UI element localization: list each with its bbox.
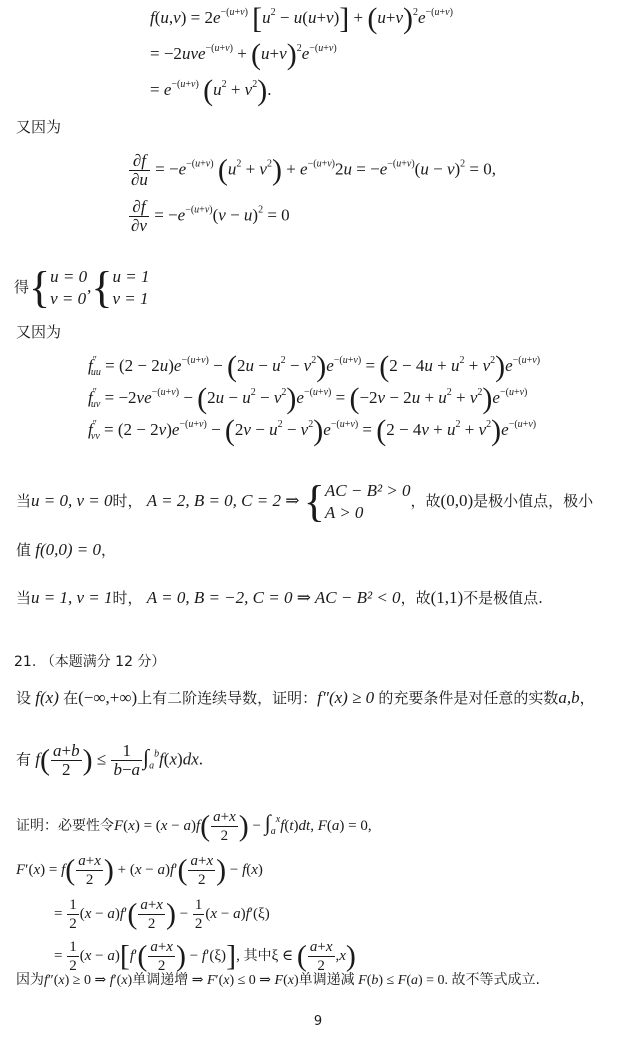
proof-conclusion: 因为f″(x) ≥ 0 ⇒ f′(x)单调递增 ⇒ F′(x) ≤ 0 ⇒ F(… [16,970,540,991]
proof-derivative-line-2: = 12(x − a)f′(a+x2) − 12(x − a)f′(ξ) [54,896,270,933]
because-label-2: 又因为 [16,322,61,342]
critical-points: 得{u = 0v = 0,{u = 1v = 1 [14,266,149,310]
second-derivative-uu: f″uu = (2 − 2u)e−(u+v) − (2u − u2 − v2)e… [88,356,540,376]
second-derivative-vv: f″vv = (2 − 2v)e−(u+v) − (2v − u2 − v2)e… [88,420,536,440]
page-number: 9 [0,1014,636,1029]
problem-21-statement-2: 有 f(a+b2) ≤ 1b−a∫abf(x)dx. [16,742,203,779]
f-expansion-line-3: = e−(u+v) (u2 + v2). [150,80,271,100]
case-1-line: 当u = 0, v = 0时， A = 2, B = 0, C = 2 ⇒ {A… [16,480,593,524]
f-expansion-line-1: f(u,v) = 2e−(u+v) [u2 − u(u+v)] + (u+v)2… [150,8,453,28]
because-label-1: 又因为 [16,117,61,137]
proof-derivative-line-1: F′(x) = f(a+x2) + (x − a)f′(a+x2) − f(x) [16,852,263,889]
case-2-line: 当u = 1, v = 1时， A = 0, B = −2, C = 0 ⇒ A… [16,588,543,608]
f-expansion-line-2: = −2uve−(u+v) + (u+v)2e−(u+v) [150,44,337,64]
problem-21-statement-1: 设 f(x) 在(−∞,+∞)上有二阶连续导数，证明：f″(x) ≥ 0 的充要… [16,688,595,708]
second-derivative-uv: f″uv = −2ve−(u+v) − (2u − u2 − v2)e−(u+v… [88,388,527,408]
proof-definition: 证明：必要性令F(x) = (x − a)f(a+x2) − ∫axf(t)dt… [16,808,372,845]
case-1-min-value: 值 f(0,0) = 0， [16,540,116,560]
problem-21-header: 21. （本题满分 12 分） [14,652,165,672]
obtain-label: 得 [14,278,29,296]
partial-v-equation: ∂f∂v = −e−(u+v)(v − u)2 = 0 [128,198,290,235]
partial-u-equation: ∂f∂u = −e−(u+v) (u2 + v2) + e−(u+v)2u = … [128,152,496,189]
